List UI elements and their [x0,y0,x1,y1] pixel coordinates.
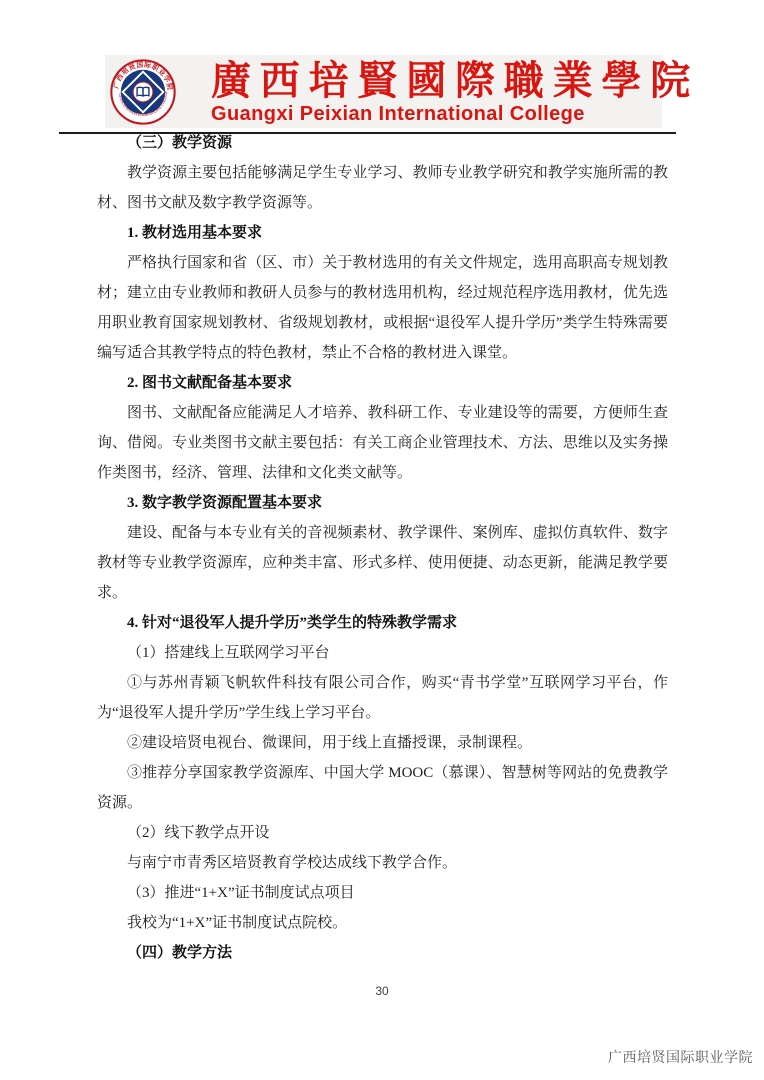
body-paragraph: 教学资源主要包括能够满足学生专业学习、教师专业教学研究和教学实施所需的教材、图书… [97,158,668,218]
heading-paragraph: 1. 教材选用基本要求 [97,218,668,248]
school-name-chinese: 廣西培賢國際職業學院 [211,59,699,103]
body-paragraph: （3）推进“1+X”证书制度试点项目 [97,878,668,908]
school-logo-icon: 广西培贤国际职业学院 GUANGXI PEIXIAN INTERNATIONAL… [109,58,177,126]
body-paragraph: 我校为“1+X”证书制度试点院校。 [97,908,668,938]
body-paragraph: ①与苏州青颖飞帆软件科技有限公司合作，购买“青书学堂”互联网学习平台，作为“退役… [97,668,668,728]
page-number: 30 [0,984,764,998]
heading-paragraph: 2. 图书文献配备基本要求 [97,368,668,398]
body-paragraph: 与南宁市青秀区培贤教育学校达成线下教学合作。 [97,848,668,878]
body-paragraph: 严格执行国家和省（区、市）关于教材选用的有关文件规定，选用高职高专规划教材；建立… [97,248,668,368]
document-page: 广西培贤国际职业学院 GUANGXI PEIXIAN INTERNATIONAL… [0,0,764,1080]
heading-paragraph: （三）教学资源 [97,128,668,158]
body-paragraph: 图书、文献配备应能满足人才培养、教科研工作、专业建设等的需要，方便师生查询、借阅… [97,398,668,488]
heading-paragraph: 3. 数字教学资源配置基本要求 [97,488,668,518]
school-header-banner: 广西培贤国际职业学院 GUANGXI PEIXIAN INTERNATIONAL… [105,55,662,128]
body-paragraph: ②建设培贤电视台、微课间，用于线上直播授课，录制课程。 [97,728,668,758]
school-name-english: Guangxi Peixian International College [211,103,699,125]
school-title-block: 廣西培賢國際職業學院 Guangxi Peixian International… [211,55,699,128]
body-paragraph: 建设、配备与本专业有关的音视频素材、教学课件、案例库、虚拟仿真软件、数字教材等专… [97,518,668,608]
body-paragraph: （1）搭建线上互联网学习平台 [97,638,668,668]
body-paragraph: ③推荐分享国家教学资源库、中国大学 MOOC（慕课）、智慧树等网站的免费教学资源… [97,758,668,818]
body-paragraph: （2）线下教学点开设 [97,818,668,848]
document-body: （三）教学资源教学资源主要包括能够满足学生专业学习、教师专业教学研究和教学实施所… [97,128,668,968]
footer-school-name: 广西培贤国际职业学院 [608,1047,753,1067]
heading-paragraph: 4. 针对“退役军人提升学历”类学生的特殊教学需求 [97,608,668,638]
heading-paragraph: （四）教学方法 [97,938,668,968]
